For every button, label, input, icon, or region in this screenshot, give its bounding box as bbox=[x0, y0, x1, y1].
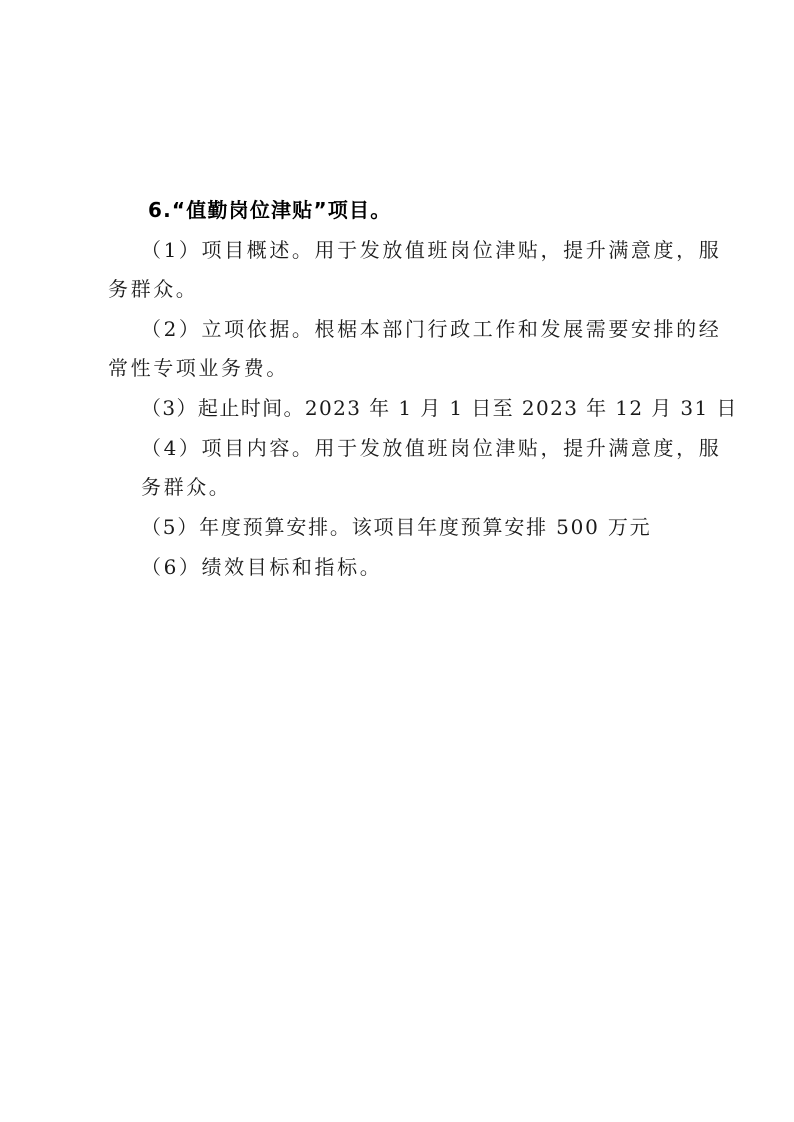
item-5-line-1: （5）年度预算安排。该项目年度预算安排 500 万元 bbox=[141, 515, 651, 539]
item-4-line-2: 务群众。 bbox=[141, 475, 231, 499]
item-2-line-1: （2）立项依据。根椐本部门行政工作和发展需要安排的经 bbox=[141, 317, 689, 341]
section-heading: 6.“值勤岗位津贴”项目。 bbox=[148, 198, 391, 222]
item-3-line-1: （3）起止时间。2023 年 1 月 1 日至 2023 年 12 月 31 日 bbox=[141, 396, 738, 420]
document-page: 6.“值勤岗位津贴”项目。 （1）项目概述。用于发放值班岗位津贴，提升满意度，服… bbox=[0, 0, 794, 1122]
item-1-line-2: 务群众。 bbox=[108, 277, 198, 301]
item-4-line-1: （4）项目内容。用于发放值班岗位津贴，提升满意度，服 bbox=[141, 436, 689, 460]
item-6-line-1: （6）绩效目标和指标。 bbox=[141, 555, 382, 579]
item-2-line-2: 常性专项业务费。 bbox=[108, 356, 289, 380]
item-1-line-1: （1）项目概述。用于发放值班岗位津贴，提升满意度，服 bbox=[141, 238, 689, 262]
